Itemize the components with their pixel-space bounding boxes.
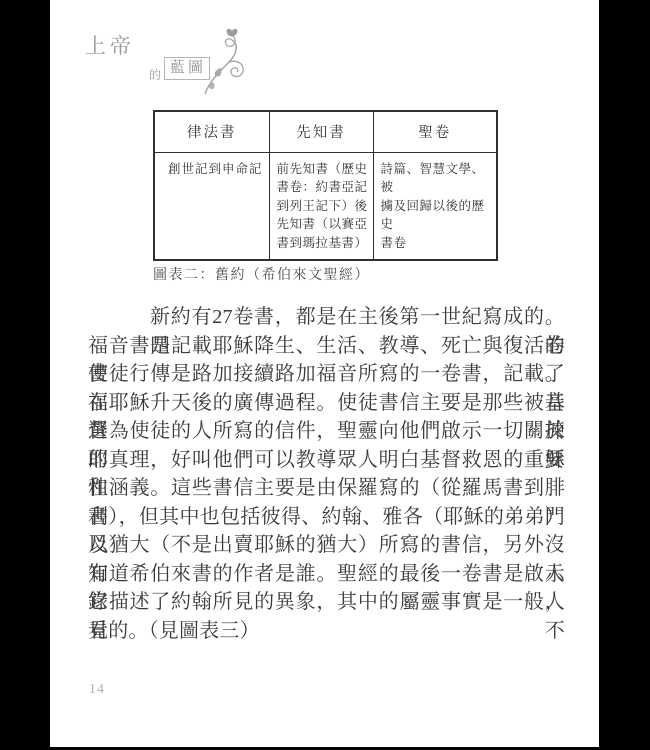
table-header-row: 律法書 先知書 聖卷 bbox=[154, 111, 497, 152]
paragraph-line: 在耶穌升天後的廣傳過程。使徒書信主要是那些被基督揀 bbox=[88, 389, 565, 418]
header-law-books: 律法書 bbox=[154, 111, 269, 152]
body-paragraph: 新約有27卷書，都是在主後第一世紀寫成的。四卷福音書是記載耶穌降生、生活、教導、… bbox=[88, 303, 565, 645]
paragraph-line: 選為使徒的人所寫的信件，聖靈向他們啟示一切關於耶穌 bbox=[88, 417, 565, 446]
figure-caption: 圖表二：舊約（希伯來文聖經） bbox=[153, 264, 370, 284]
vine-flourish-icon bbox=[199, 28, 251, 103]
old-testament-table: 律法書 先知書 聖卷 創世記到申命記 前先知書（歷史 書卷：約書亞記 到列王記下… bbox=[153, 110, 498, 261]
header-prophets: 先知書 bbox=[269, 111, 373, 152]
paragraph-line: 和涵義。這些書信主要是由保羅寫的（從羅馬書到腓利門 bbox=[88, 474, 565, 503]
logo-particle: 的 bbox=[149, 66, 161, 83]
scan-background: { "logo": { "title_top": "上帝", "particle… bbox=[0, 0, 650, 750]
paragraph-line: 書），但其中也包括彼得、約翰、雅各（耶穌的弟弟）以 bbox=[88, 503, 565, 532]
paragraph-line: 及猶大（不是出賣耶穌的猶大）所寫的書信，另外沒有人 bbox=[88, 531, 565, 560]
book-page: 上帝 的 藍圖 律法書 先知書 聖卷 創世記到 bbox=[50, 0, 599, 747]
cell-law-books: 創世記到申命記 bbox=[154, 152, 269, 260]
paragraph-line: 的真理，好叫他們可以教導眾人明白基督救恩的重要性 bbox=[88, 446, 565, 475]
cell-prophets: 前先知書（歷史 書卷：約書亞記 到列王記下）後 先知書（以賽亞 書到瑪拉基書） bbox=[269, 152, 373, 260]
page-number: 14 bbox=[89, 682, 105, 698]
paragraph-line: 它描述了約翰所見的異象，其中的屬靈事實是一般人看不 bbox=[88, 588, 565, 617]
paragraph-line: 福音書是記載耶穌降生、生活、教導、死亡與復活的書。 bbox=[88, 332, 565, 361]
header-writings: 聖卷 bbox=[373, 111, 497, 152]
paragraph-line: 新約有27卷書，都是在主後第一世紀寫成的。四卷 bbox=[88, 303, 565, 332]
book-logo: 上帝 的 藍圖 bbox=[83, 28, 253, 98]
cell-writings: 詩篇、智慧文學、被 擄及回歸以後的歷史 書卷 bbox=[373, 152, 497, 260]
logo-title-top: 上帝 bbox=[85, 30, 135, 60]
paragraph-line: 知道希伯來書的作者是誰。聖經的最後一卷書是啟示錄， bbox=[88, 560, 565, 589]
paragraph-line: 使徒行傳是路加接續路加福音所寫的一卷書，記載了福音 bbox=[88, 360, 565, 389]
table-row: 創世記到申命記 前先知書（歷史 書卷：約書亞記 到列王記下）後 先知書（以賽亞 … bbox=[154, 152, 497, 260]
